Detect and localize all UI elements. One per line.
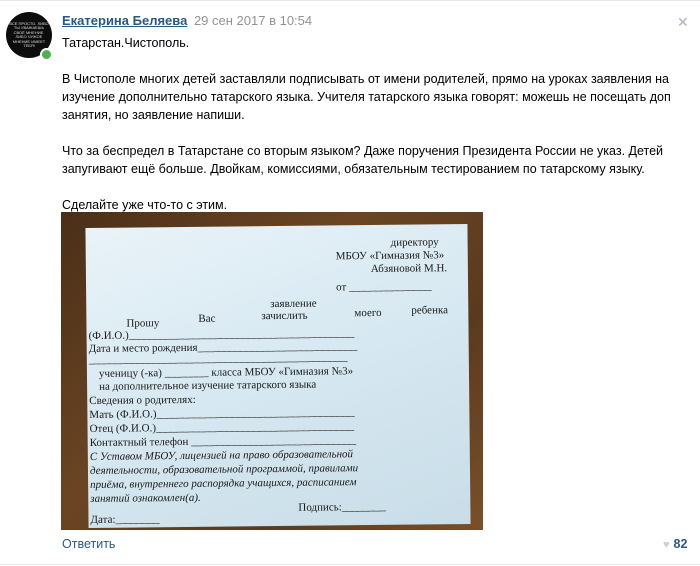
heart-icon: ♥ — [663, 539, 670, 551]
paragraph: Татарстан.Чистополь. — [62, 34, 682, 52]
paragraph: В Чистополе многих детей заставляли подп… — [62, 70, 682, 124]
post-date[interactable]: 29 сен 2017 в 10:54 — [194, 13, 312, 28]
like-button[interactable]: ♥82 — [663, 537, 687, 551]
post-text: Татарстан.Чистополь. В Чистополе многих … — [62, 34, 682, 214]
avatar-caption: ВСЁ ПРОСТО. ЛИБО ТЫ УВАЖАЕШЬ СВОЁ МНЕНИЕ… — [9, 22, 49, 49]
application-form: директору МБОУ «Гимназия №3» Абзяновой М… — [85, 224, 470, 528]
likes-count: 82 — [674, 537, 688, 551]
paragraph: Что за беспредел в Татарстане со вторым … — [62, 142, 682, 178]
close-icon[interactable]: ✕ — [677, 14, 689, 31]
reply-button[interactable]: Ответить — [62, 537, 115, 551]
top-divider — [0, 0, 700, 1]
post-header: Екатерина Беляева 29 сен 2017 в 10:54 — [62, 13, 312, 28]
bottom-divider — [0, 564, 700, 565]
author-link[interactable]: Екатерина Беляева — [62, 13, 187, 28]
attached-photo[interactable]: директору МБОУ «Гимназия №3» Абзяновой М… — [61, 212, 483, 530]
online-indicator — [40, 48, 53, 61]
